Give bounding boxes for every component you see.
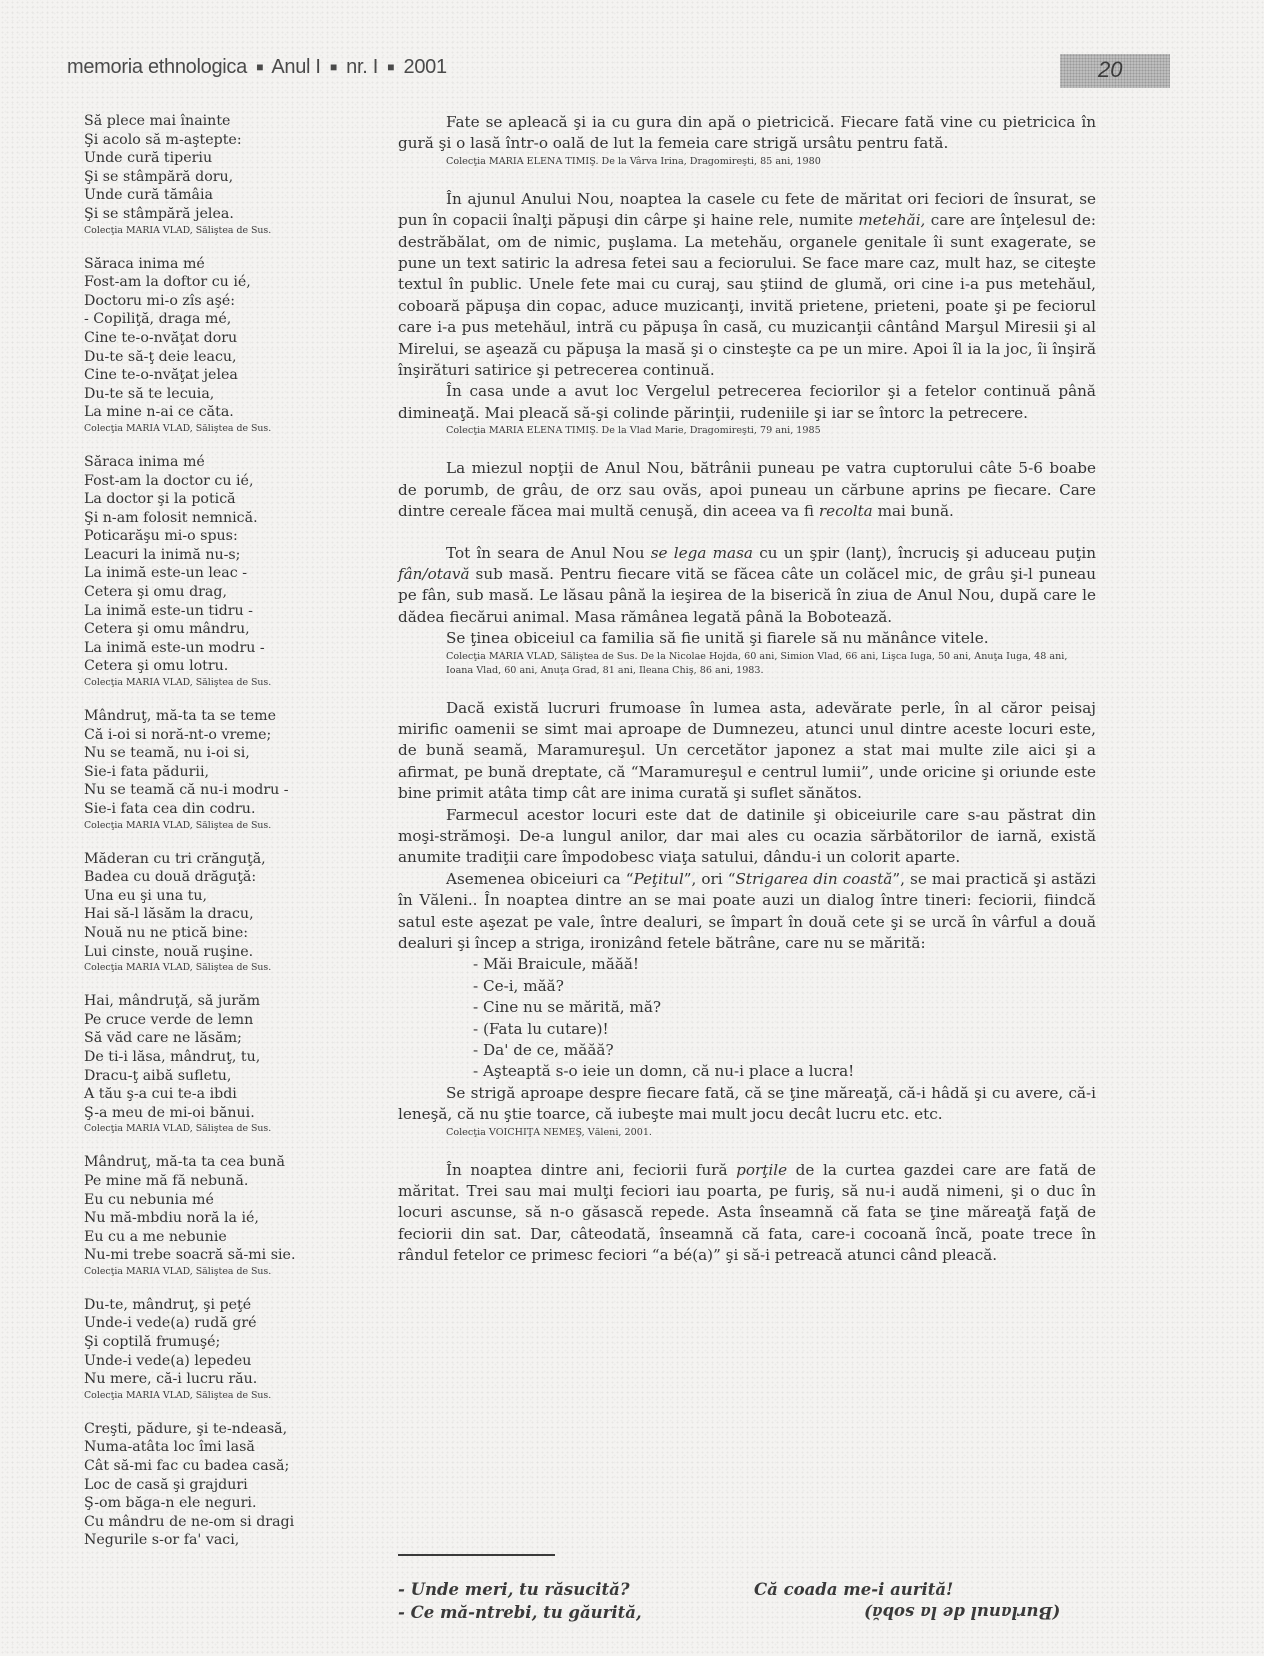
verse-line: Du-te să te lecuia,: [84, 385, 334, 404]
verse-line: Nu mere, că-i lucru rău.: [84, 1370, 334, 1389]
paragraph: În ajunul Anului Nou, noaptea la casele …: [398, 189, 1096, 382]
riddle-answer-upside-down: (Burlanul de la sobă): [754, 1601, 1060, 1624]
poetry-column: Să plece mai înainteŞi acolo să m-aştept…: [84, 112, 334, 1568]
verse-line: Doctoru mi-o zîs aşé:: [84, 292, 334, 311]
prose-column: Fate se apleacă şi ia cu gura din apă o …: [398, 112, 1096, 1267]
verse-line: Cine te-o-nvăţat jelea: [84, 366, 334, 385]
paragraph: Tot în seara de Anul Nou se lega masa cu…: [398, 543, 1096, 629]
verse-line: Creşti, pădure, şi te-ndeasă,: [84, 1420, 334, 1439]
journal-name: memoria ethnologica: [67, 56, 247, 78]
collection-credit: Colecţia MARIA VLAD, Săliştea de Sus.: [84, 961, 334, 974]
journal-header-title: memoria ethnologica ■ Anul I ■ nr. I ■ 2…: [67, 56, 447, 79]
verse-line: Sie-i fata cea din codru.: [84, 800, 334, 819]
collection-credit: Colecţia MARIA VLAD, Săliştea de Sus.: [84, 1389, 334, 1402]
dialog-line: - Aşteaptă s-o ieie un domn, că nu-i pla…: [398, 1061, 1096, 1082]
paragraph: Farmecul acestor locuri este dat de dati…: [398, 805, 1096, 869]
verse-line: Fost-am la doftor cu ié,: [84, 273, 334, 292]
riddle-line: - Unde meri, tu răsucită?: [398, 1578, 642, 1601]
verse-line: Mândruţ, mă-ta ta cea bună: [84, 1153, 334, 1172]
poem: Să plece mai înainteŞi acolo să m-aştept…: [84, 112, 334, 237]
verse-line: Şi coptilă frumuşé;: [84, 1333, 334, 1352]
poem: Creşti, pădure, şi te-ndeasă,Numa-atâta …: [84, 1420, 334, 1550]
verse-line: La mine n-ai ce căta.: [84, 403, 334, 422]
paragraph: La miezul nopţii de Anul Nou, bătrânii p…: [398, 458, 1096, 522]
running-header: memoria ethnologica ■ Anul I ■ nr. I ■ 2…: [67, 54, 1103, 88]
riddle-right: Că coada me-i aurită! (Burlanul de la so…: [754, 1578, 1060, 1624]
verse-line: Leacuri la inimă nu-s;: [84, 546, 334, 565]
verse-line: Să văd care ne lăsăm;: [84, 1029, 334, 1048]
verse-line: Că i-oi si noră-nt-o vreme;: [84, 726, 334, 745]
verse-line: La inimă este-un leac -: [84, 564, 334, 583]
paragraph: În casa unde a avut loc Vergelul petrece…: [398, 381, 1096, 424]
poem: Săraca inima méFost-am la doftor cu ié,D…: [84, 255, 334, 435]
collection-credit: Colecţia MARIA ELENA TIMIŞ. De la Vlad M…: [398, 424, 1096, 438]
verse-line: Şi n-am folosit nemnică.: [84, 509, 334, 528]
dialog-line: - Cine nu se mărită, mă?: [398, 997, 1096, 1018]
poem: Săraca inima méFost-am la doctor cu ié,L…: [84, 453, 334, 689]
verse-line: Eu cu nebunia mé: [84, 1191, 334, 1210]
verse-line: Du-te să-ţ deie leacu,: [84, 348, 334, 367]
verse-line: Loc de casă şi grajduri: [84, 1476, 334, 1495]
verse-line: La doctor şi la potică: [84, 490, 334, 509]
verse-line: Negurile s-or fa' vaci,: [84, 1531, 334, 1550]
collection-credit: Colecţia MARIA ELENA TIMIŞ. De la Vârva …: [398, 155, 1096, 169]
paragraph: În noaptea dintre ani, feciorii fură por…: [398, 1160, 1096, 1267]
separator-square-icon: ■: [256, 60, 263, 74]
separator-square-icon: ■: [330, 60, 337, 74]
paragraph: Se ţinea obiceiul ca familia să fie unit…: [398, 628, 1096, 649]
collection-credit: Colecţia MARIA VLAD, Săliştea de Sus.: [84, 676, 334, 689]
riddle-left: - Unde meri, tu răsucită? - Ce mă-ntrebi…: [398, 1578, 642, 1624]
verse-line: La inimă este-un tidru -: [84, 602, 334, 621]
verse-line: Cetera şi omu mândru,: [84, 620, 334, 639]
poem: Du-te, mândruţ, şi peţéUnde-i vede(a) ru…: [84, 1296, 334, 1402]
verse-line: Ş-om băga-n ele neguri.: [84, 1494, 334, 1513]
verse-line: Mândruţ, mă-ta ta se teme: [84, 707, 334, 726]
verse-line: Poticarăşu mi-o spus:: [84, 527, 334, 546]
verse-line: Săraca inima mé: [84, 255, 334, 274]
poem: Mândruţ, mă-ta ta cea bunăPe mine mă fă …: [84, 1153, 334, 1278]
verse-line: Nu se teamă că nu-i modru -: [84, 781, 334, 800]
collection-credit: Colecţia MARIA VLAD, Săliştea de Sus.: [84, 422, 334, 435]
verse-line: La inimă este-un modru -: [84, 639, 334, 658]
collection-credit: Colecţia VOICHIŢA NEMEŞ, Văleni, 2001.: [398, 1126, 1096, 1140]
verse-line: Ş-a meu de mi-oi bănui.: [84, 1104, 334, 1123]
collection-credit: Colecţia MARIA VLAD, Săliştea de Sus.: [84, 1265, 334, 1278]
verse-line: De ti-i lăsa, mândruţ, tu,: [84, 1048, 334, 1067]
verse-line: Nu-mi trebe soacră să-mi sie.: [84, 1246, 334, 1265]
dialog-line: - Măi Braicule, măăă!: [398, 954, 1096, 975]
verse-line: Lui cinste, nouă ruşine.: [84, 943, 334, 962]
verse-line: Nouă nu ne ptică bine:: [84, 924, 334, 943]
verse-line: Una eu şi una tu,: [84, 887, 334, 906]
year-label: Anul I: [271, 56, 320, 78]
riddle-line: - Ce mă-ntrebi, tu găurită,: [398, 1601, 642, 1624]
verse-line: Cetera şi omu drag,: [84, 583, 334, 602]
verse-line: Pe mine mă fă nebună.: [84, 1172, 334, 1191]
poem: Măderan cu tri crănguţă,Badea cu două dr…: [84, 850, 334, 975]
verse-line: Pe cruce verde de lemn: [84, 1011, 334, 1030]
verse-line: Du-te, mândruţ, şi peţé: [84, 1296, 334, 1315]
verse-line: Şi se stâmpără doru,: [84, 168, 334, 187]
verse-line: Sie-i fata pădurii,: [84, 763, 334, 782]
dialog-block: - Măi Braicule, măăă! - Ce-i, măă? - Cin…: [398, 954, 1096, 1082]
verse-line: Numa-atâta loc îmi lasă: [84, 1438, 334, 1457]
paragraph: Se strigă aproape despre fiecare fată, c…: [398, 1083, 1096, 1126]
verse-line: Hai să-l lăsăm la dracu,: [84, 905, 334, 924]
collection-credit: Colecţia MARIA VLAD, Săliştea de Sus.: [84, 1122, 334, 1135]
page-number: 20: [1098, 57, 1122, 83]
verse-line: Cine te-o-nvăţat doru: [84, 329, 334, 348]
verse-line: Badea cu două drăguţă:: [84, 868, 334, 887]
verse-line: Cu mândru de ne-om si dragi: [84, 1513, 334, 1532]
verse-line: Nu se teamă, nu i-oi si,: [84, 744, 334, 763]
collection-credit: Colecţia MARIA VLAD, Săliştea de Sus.: [84, 224, 334, 237]
verse-line: Eu cu a me nebunie: [84, 1228, 334, 1247]
verse-line: A tău ş-a cui te-a ibdi: [84, 1085, 334, 1104]
verse-line: Unde-i vede(a) lepedeu: [84, 1352, 334, 1371]
riddle-line: Că coada me-i aurită!: [754, 1578, 1060, 1601]
verse-line: Unde cură tiperiu: [84, 149, 334, 168]
verse-line: Dracu-ţ aibă sufletu,: [84, 1067, 334, 1086]
verse-line: Şi acolo să m-aştepte:: [84, 131, 334, 150]
poem: Mândruţ, mă-ta ta se temeCă i-oi si noră…: [84, 707, 334, 832]
footnote-divider: [398, 1554, 555, 1556]
verse-line: Săraca inima mé: [84, 453, 334, 472]
verse-line: Unde-i vede(a) rudă gré: [84, 1314, 334, 1333]
verse-line: Cât să-mi fac cu badea casă;: [84, 1457, 334, 1476]
verse-line: Nu mă-mbdiu noră la ié,: [84, 1209, 334, 1228]
poem: Hai, mândruţă, să jurămPe cruce verde de…: [84, 992, 334, 1135]
verse-line: Unde cură tămâia: [84, 186, 334, 205]
verse-line: Cetera şi omu lotru.: [84, 657, 334, 676]
publication-year: 2001: [404, 56, 447, 78]
verse-line: Să plece mai înainte: [84, 112, 334, 131]
collection-credit: Colecţia MARIA VLAD, Săliştea de Sus.: [84, 819, 334, 832]
verse-line: Hai, mândruţă, să jurăm: [84, 992, 334, 1011]
dialog-line: - (Fata lu cutare)!: [398, 1019, 1096, 1040]
collection-credit: Colecţia MARIA VLAD, Săliştea de Sus. De…: [398, 650, 1096, 678]
verse-line: - Copiliţă, draga mé,: [84, 310, 334, 329]
dialog-line: - Ce-i, măă?: [398, 976, 1096, 997]
verse-line: Fost-am la doctor cu ié,: [84, 472, 334, 491]
issue-label: nr. I: [346, 56, 378, 78]
page-number-box: 20: [1060, 54, 1170, 88]
paragraph: Asemenea obiceiuri ca “Peţitul”, ori “St…: [398, 869, 1096, 955]
verse-line: Şi se stâmpără jelea.: [84, 205, 334, 224]
dialog-line: - Da' de ce, măăă?: [398, 1040, 1096, 1061]
verse-line: Măderan cu tri crănguţă,: [84, 850, 334, 869]
paragraph: Fate se apleacă şi ia cu gura din apă o …: [398, 112, 1096, 155]
paragraph: Dacă există lucruri frumoase în lumea as…: [398, 698, 1096, 805]
separator-square-icon: ■: [387, 60, 394, 74]
